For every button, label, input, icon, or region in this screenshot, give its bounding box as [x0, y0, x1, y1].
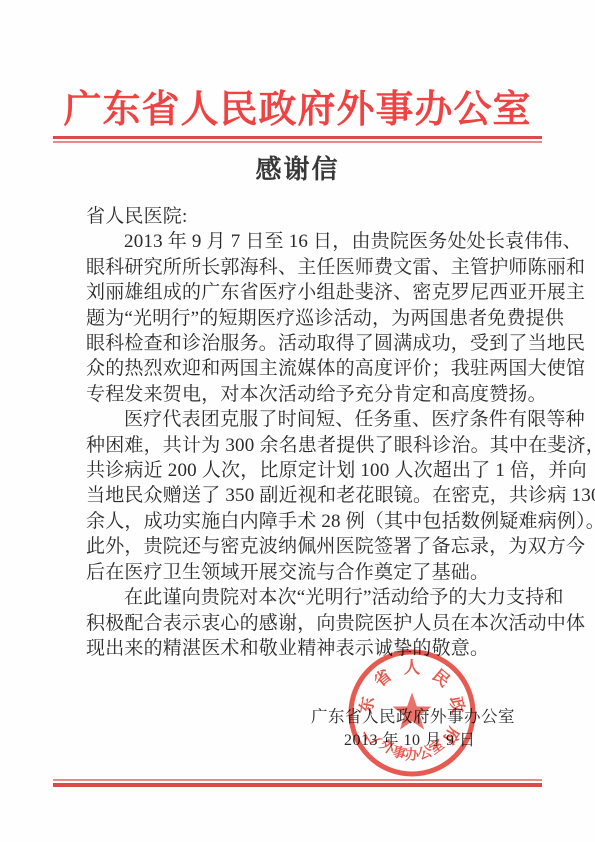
salutation: 省人民医院:: [86, 204, 546, 229]
body-line: 题为“光明行”的短期医疗巡诊活动，为两国患者免费提供: [86, 306, 546, 331]
body-line: 种困难，共计为 300 余名患者提供了眼科诊治。其中在斐济，: [86, 433, 546, 458]
letter-page: 广东省人民政府外事办公室 感谢信 省人民医院: 2013 年 9 月 7 日至 …: [0, 0, 595, 842]
body-line: 眼科检查和诊治服务。活动取得了圆满成功，受到了当地民: [86, 331, 546, 356]
signature-date: 2013 年 10 月 9 日: [344, 727, 476, 750]
body-line: 现出来的精湛医术和敬业精神表示诚挚的敬意。: [86, 636, 546, 661]
footer-rule-thin: [53, 779, 542, 781]
document-title: 感谢信: [0, 149, 595, 186]
body-line: 众的热烈欢迎和两国主流媒体的高度评价；我驻两国大使馆: [86, 356, 546, 381]
body-line: 刘丽雄组成的广东省医疗小组赴斐济、密克罗尼西亚开展主: [86, 280, 546, 305]
body-line: 在此谨向贵院对本次“光明行”活动给予的大力支持和: [86, 585, 546, 610]
body-line: 专程发来贺电，对本次活动给予充分肯定和高度赞扬。: [86, 382, 546, 407]
body-line: 眼科研究所所长郭海科、主任医师费文雷、主管护师陈丽和: [86, 255, 546, 280]
body-line: 后在医疗卫生领域开展交流与合作奠定了基础。: [86, 560, 546, 585]
body-line: 积极配合表示衷心的感谢，向贵院医护人员在本次活动中体: [86, 611, 546, 636]
body-line: 此外，贵院还与密克波纳佩州医院签署了备忘录，为双方今: [86, 534, 546, 559]
letterhead-org-title: 广东省人民政府外事办公室: [0, 78, 595, 133]
header-rule-thin: [53, 141, 542, 143]
body-line: 共诊病近 200 人次，比原定计划 100 人次超出了 1 倍，并向: [86, 458, 546, 483]
body-line: 2013 年 9 月 7 日至 16 日，由贵院医务处处长袁伟伟、: [86, 229, 546, 254]
svg-text:省: 省: [370, 665, 395, 690]
body-line: 医疗代表团克服了时间短、任务重、医疗条件有限等种: [86, 407, 546, 432]
letter-body: 省人民医院: 2013 年 9 月 7 日至 16 日，由贵院医务处处长袁伟伟、…: [86, 204, 546, 661]
body-line: 当地民众赠送了 350 副近视和老花眼镜。在密克，共诊病 130: [86, 483, 546, 508]
signature-org: 广东省人民政府外事办公室: [311, 703, 515, 727]
header-rule-thick: [53, 136, 542, 139]
svg-text:民: 民: [429, 666, 454, 691]
body-line: 余人，成功实施白内障手术 28 例（其中包括数例疑难病例）。: [86, 509, 546, 534]
footer-rule-thick: [53, 783, 542, 787]
